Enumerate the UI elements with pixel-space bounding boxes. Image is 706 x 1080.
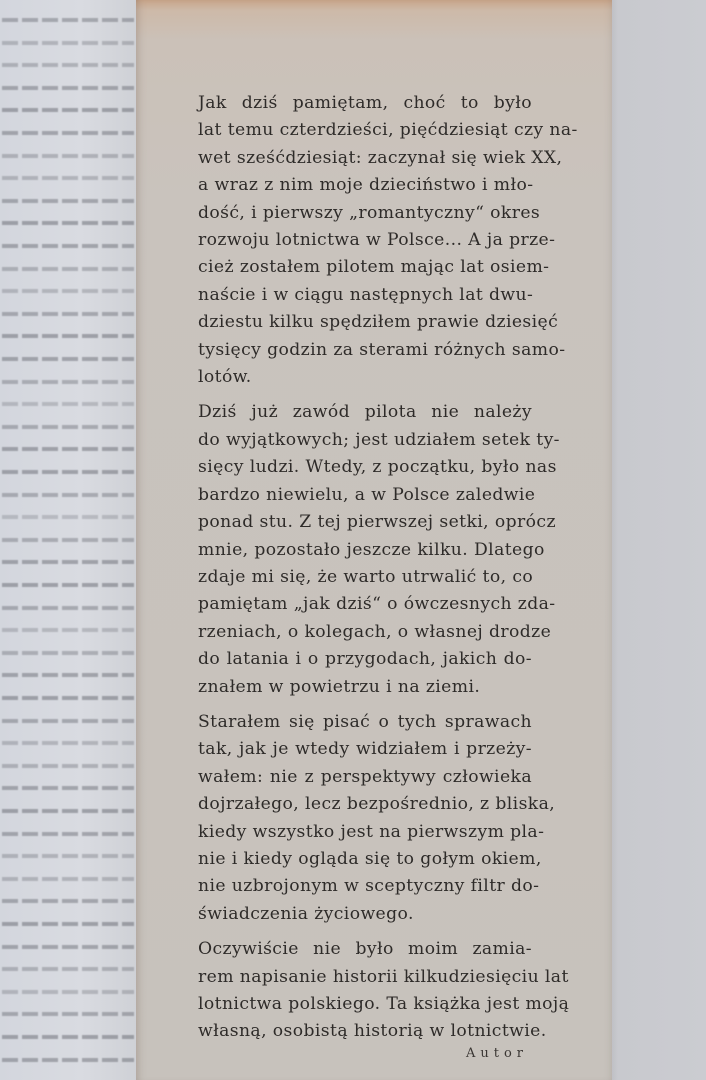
ghost-text-line: [2, 1058, 134, 1062]
ghost-text-line: [2, 967, 134, 971]
ghost-text-line: [2, 515, 134, 519]
ghost-text-line: [2, 719, 134, 723]
ghost-text-line: [2, 651, 134, 655]
ghost-text-line: [2, 470, 134, 474]
ghost-text-line: [2, 131, 134, 135]
ghost-text-line: [2, 538, 134, 542]
text-line: naście i w ciągu następnych lat dwu-: [160, 282, 532, 309]
paragraph-2: Dziś już zawód pilota nie należy do wyją…: [160, 399, 532, 700]
paragraph-4: Oczywiście nie było moim zamia- rem napi…: [160, 936, 532, 1046]
text-line: nie uzbrojonym w sceptyczny filtr do-: [160, 873, 532, 900]
text-line: do latania i o przygodach, jakich do-: [160, 646, 532, 673]
ghost-text-line: [2, 86, 134, 90]
text-line: Dziś już zawód pilota nie należy: [160, 399, 532, 426]
ghost-text-line: [2, 289, 134, 293]
adjacent-page-left-ghost-text: [0, 0, 136, 1080]
text-line: znałem w powietrzu i na ziemi.: [160, 674, 532, 701]
ghost-text-line: [2, 425, 134, 429]
text-line: sięcy ludzi. Wtedy, z początku, było nas: [160, 454, 532, 481]
text-line: rozwoju lotnictwa w Polsce... A ja prze-: [160, 227, 532, 254]
ghost-text-line: [2, 945, 134, 949]
text-line: dość, i pierwszy „romantyczny“ okres: [160, 200, 532, 227]
text-line: tysięcy godzin za sterami różnych samo-: [160, 337, 532, 364]
text-line: rzeniach, o kolegach, o własnej drodze: [160, 619, 532, 646]
text-line: do wyjątkowych; jest udziałem setek ty-: [160, 427, 532, 454]
ghost-text-line: [2, 832, 134, 836]
paragraph-1: Jak dziś pamiętam, choć to było lat temu…: [160, 90, 532, 391]
paragraph-3: Starałem się pisać o tych sprawach tak, …: [160, 709, 532, 928]
text-line: tak, jak je wtedy widziałem i przeży-: [160, 736, 532, 763]
ghost-text-line: [2, 922, 134, 926]
preface-text: Jak dziś pamiętam, choć to było lat temu…: [160, 90, 532, 1046]
ghost-text-line: [2, 628, 134, 632]
ghost-text-line: [2, 560, 134, 564]
text-line: Starałem się pisać o tych sprawach: [160, 709, 532, 736]
ghost-text-line: [2, 63, 134, 67]
ghost-text-line: [2, 41, 134, 45]
text-line: wałem: nie z perspektywy człowieka: [160, 764, 532, 791]
text-line: Oczywiście nie było moim zamia-: [160, 936, 532, 963]
author-signature: Autor: [466, 1046, 528, 1061]
ghost-text-line: [2, 809, 134, 813]
text-line: ponad stu. Z tej pierwszej setki, oprócz: [160, 509, 532, 536]
text-line: cież zostałem pilotem mając lat osiem-: [160, 254, 532, 281]
text-line: dojrzałego, lecz bezpośrednio, z bliska,: [160, 791, 532, 818]
text-line: świadczenia życiowego.: [160, 901, 532, 928]
ghost-text-line: [2, 447, 134, 451]
ghost-text-line: [2, 1012, 134, 1016]
text-line: zdaje mi się, że warto utrwalić to, co: [160, 564, 532, 591]
ghost-text-line: [2, 764, 134, 768]
ghost-text-line: [2, 606, 134, 610]
text-line: kiedy wszystko jest na pierwszym pla-: [160, 819, 532, 846]
ghost-text-line: [2, 741, 134, 745]
ghost-text-line: [2, 380, 134, 384]
text-line: lotnictwa polskiego. Ta książka jest moj…: [160, 991, 532, 1018]
ghost-text-line: [2, 1035, 134, 1039]
ghost-text-line: [2, 990, 134, 994]
ghost-text-line: [2, 244, 134, 248]
ghost-text-line: [2, 267, 134, 271]
book-page: Jak dziś pamiętam, choć to było lat temu…: [136, 0, 612, 1080]
text-line: mnie, pozostało jeszcze kilku. Dlatego: [160, 537, 532, 564]
ghost-text-line: [2, 696, 134, 700]
text-line: wet sześćdziesiąt: zaczynał się wiek XX,: [160, 145, 532, 172]
ghost-text-line: [2, 312, 134, 316]
ghost-text-line: [2, 357, 134, 361]
ghost-text-line: [2, 18, 134, 22]
text-line: pamiętam „jak dziś“ o ówczesnych zda-: [160, 591, 532, 618]
text-line: lat temu czterdzieści, pięćdziesiąt czy …: [160, 117, 532, 144]
text-line: nie i kiedy ogląda się to gołym okiem,: [160, 846, 532, 873]
ghost-text-line: [2, 221, 134, 225]
ghost-text-line: [2, 877, 134, 881]
ghost-text-line: [2, 854, 134, 858]
text-line: własną, osobistą historią w lotnictwie.: [160, 1018, 532, 1045]
ghost-text-line: [2, 176, 134, 180]
ghost-text-line: [2, 493, 134, 497]
ghost-text-line: [2, 583, 134, 587]
text-line: rem napisanie historii kilkudziesięciu l…: [160, 964, 532, 991]
text-line: Jak dziś pamiętam, choć to było: [160, 90, 532, 117]
text-line: lotów.: [160, 364, 532, 391]
adjacent-page-right: [612, 0, 706, 1080]
ghost-text-line: [2, 402, 134, 406]
text-line: a wraz z nim moje dzieciństwo i mło-: [160, 172, 532, 199]
ghost-text-line: [2, 334, 134, 338]
ghost-text-line: [2, 154, 134, 158]
ghost-text-line: [2, 899, 134, 903]
ghost-text-line: [2, 673, 134, 677]
ghost-text-line: [2, 108, 134, 112]
text-line: dziestu kilku spędziłem prawie dziesięć: [160, 309, 532, 336]
text-line: bardzo niewielu, a w Polsce zaledwie: [160, 482, 532, 509]
ghost-text-line: [2, 786, 134, 790]
ghost-text-line: [2, 199, 134, 203]
